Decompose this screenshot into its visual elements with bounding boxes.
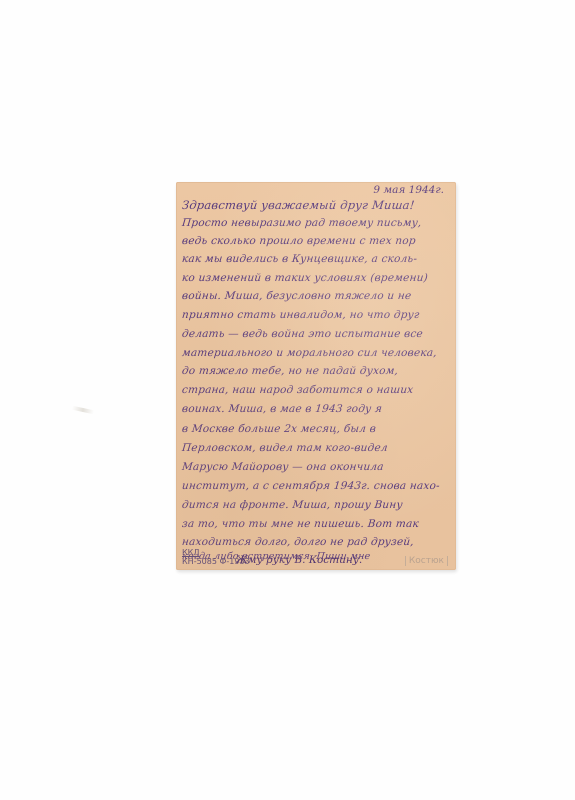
letter-line: за то, что ты мне не пишешь. Вот так bbox=[181, 517, 452, 531]
signature: Жму руку В. Костину. bbox=[236, 554, 362, 566]
letter-line: войны. Миша, безусловно тяжело и не bbox=[181, 289, 452, 303]
letter-line: делать — ведь война это испытание все bbox=[181, 327, 452, 341]
letter-line: находиться долго, долго не рад друзей, bbox=[181, 535, 452, 549]
letter-line: дится на фронте. Миша, прошу Вину bbox=[181, 498, 452, 512]
letter-line: в Москве больше 2х месяц, был в bbox=[181, 422, 452, 436]
scan-artifact-mark bbox=[72, 406, 94, 414]
letter-line: как мы виделись в Кунцевщике, а сколь- bbox=[181, 252, 452, 266]
postcard: 9 мая 1944г. Здравствуй уважаемый друг М… bbox=[176, 182, 456, 570]
letter-line: Просто невыразимо рад твоему письму, bbox=[181, 216, 452, 230]
letter-line: материального и морального сил человека, bbox=[181, 346, 452, 360]
letter-line: институт, а с сентября 1943г. снова нахо… bbox=[181, 479, 452, 493]
letter-date: 9 мая 1944г. bbox=[373, 184, 444, 196]
letter-line: воинах. Миша, в мае в 1943 году я bbox=[181, 402, 452, 416]
letter-greeting: Здравствуй уважаемый друг Миша! bbox=[181, 198, 452, 212]
letter-line: ко изменений в таких условиях (времени) bbox=[181, 271, 452, 285]
archive-stamp: Костюк bbox=[405, 556, 448, 566]
letter-line: до тяжело тебе, но не падай духом, bbox=[181, 364, 452, 378]
letter-line: ведь сколько прошло времени с тех пор bbox=[181, 234, 452, 248]
letter-line: Марусю Майорову — она окончила bbox=[181, 460, 452, 474]
letter-line: Перловском, видел там кого-видел bbox=[181, 441, 452, 455]
letter-line: приятно стать инвалидом, но что друг bbox=[181, 308, 452, 322]
letter-line: страна, наш народ заботится о наших bbox=[181, 383, 452, 397]
